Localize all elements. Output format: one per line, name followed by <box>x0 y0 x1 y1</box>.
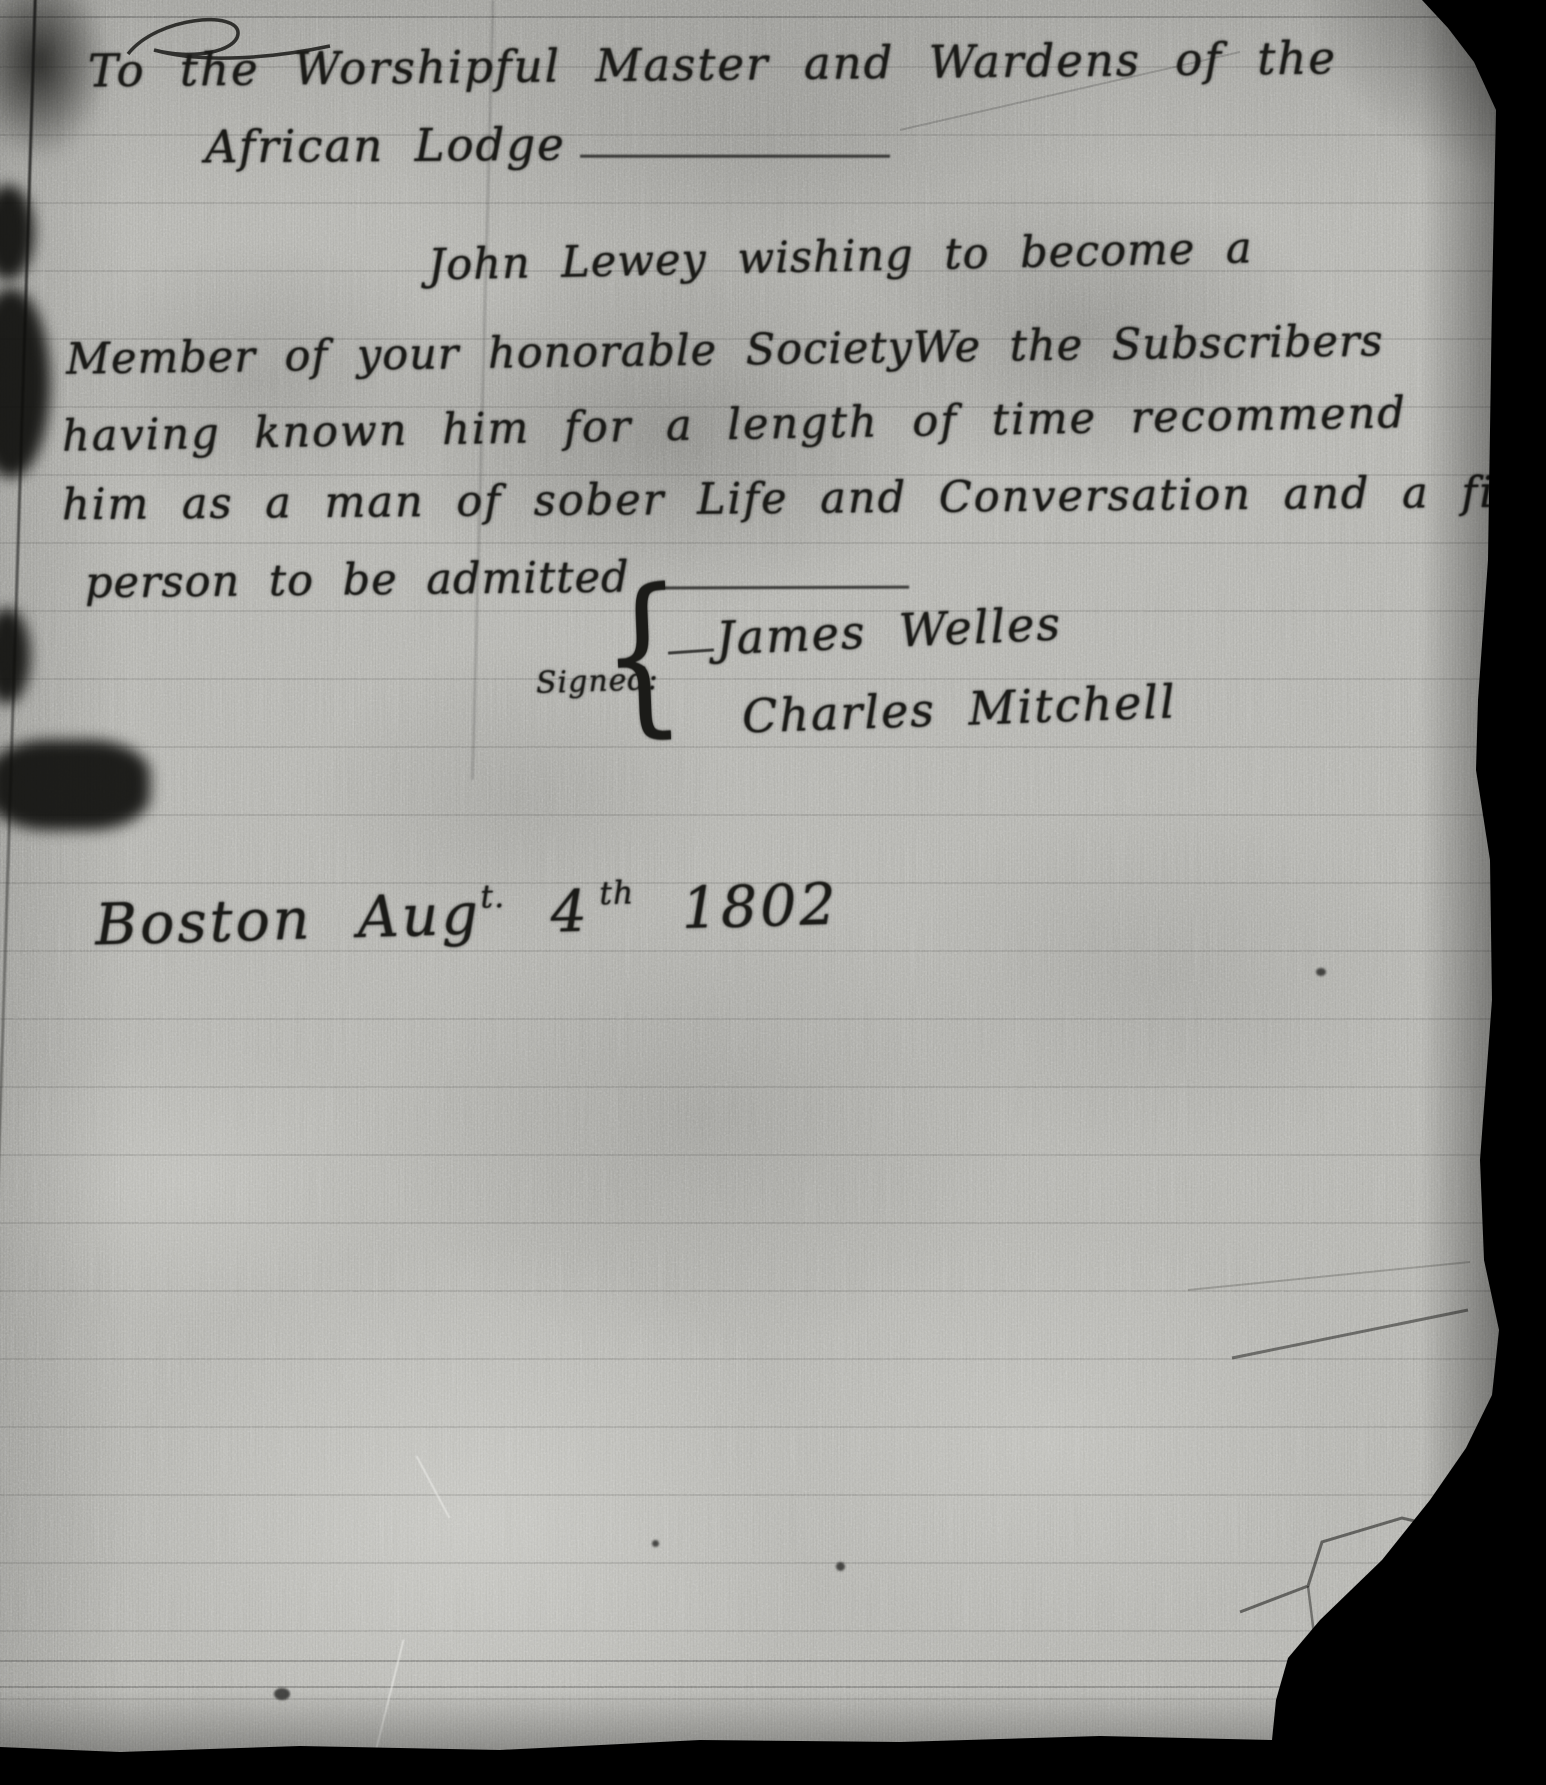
paper-speck <box>652 1540 659 1547</box>
dateline-day: 4 <box>550 879 591 946</box>
top-right-corner-shadow <box>1280 0 1540 200</box>
flourish-rule <box>580 155 890 158</box>
paper-speck <box>836 1562 845 1571</box>
dateline-year: 1802 <box>681 872 840 942</box>
right-edge-shadow <box>1420 0 1500 1785</box>
paper-speck <box>1316 968 1326 976</box>
dateline-month: Aug <box>357 882 482 951</box>
dateline-month-superscript: t. <box>480 879 506 916</box>
salutation-line-2: African Lodge <box>205 116 890 174</box>
ink-blot <box>0 740 150 830</box>
bottom-edge-shadow <box>0 1690 1546 1760</box>
body-line-5: person to be admitted <box>85 550 909 609</box>
scanned-document-page: { "page": { "background_color": "#000000… <box>0 0 1546 1785</box>
salutation-text-2: African Lodge <box>205 118 566 174</box>
scan-background: To the Worshipful Master and Wardens of … <box>0 0 1546 1785</box>
dateline-place: Boston <box>94 886 313 958</box>
flourish-rule <box>644 586 909 590</box>
signature-brace: { <box>598 565 687 742</box>
dateline-day-superscript: th <box>599 875 635 912</box>
manuscript-paper: To the Worshipful Master and Wardens of … <box>0 0 1546 1785</box>
body-text-5: person to be admitted <box>85 553 630 609</box>
body-text-2-right: We the Subscribers <box>913 316 1384 373</box>
